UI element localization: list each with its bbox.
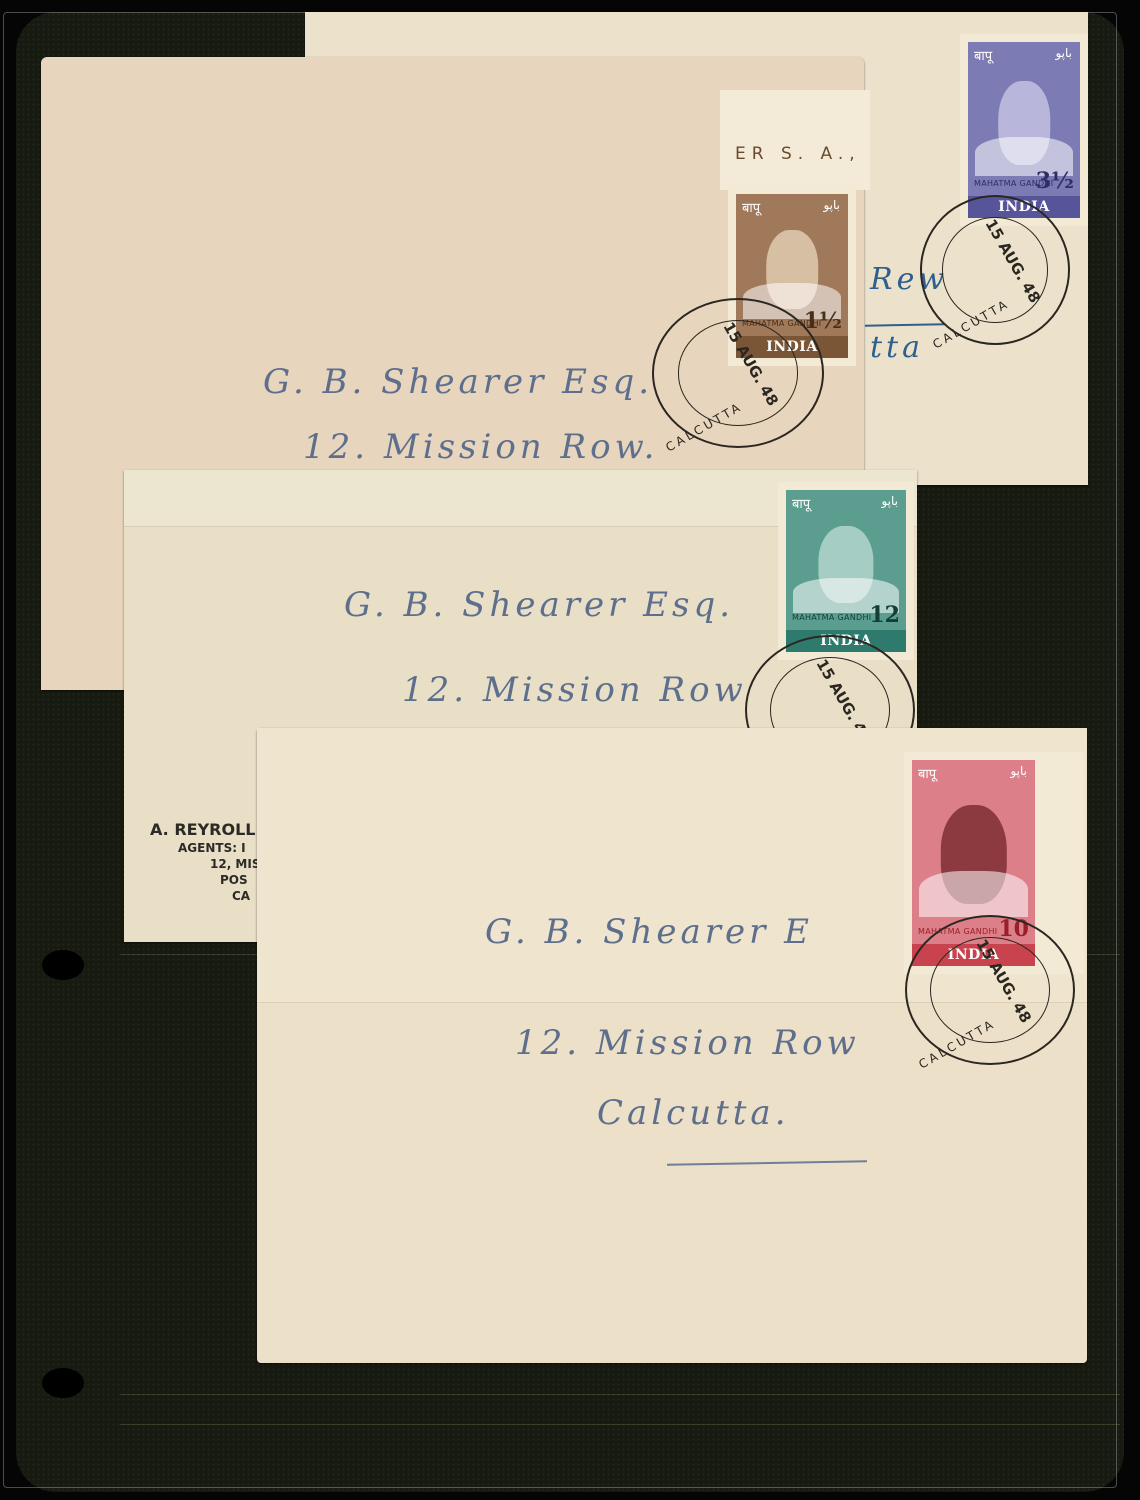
stamp-urdu-text: باپو [881, 494, 898, 508]
album-strip-line [120, 1394, 1120, 1395]
selvage-text: ER S. A., [735, 144, 861, 164]
stamp-value: 12 [869, 602, 900, 628]
stamp-hindi-text: बापू [974, 46, 992, 64]
postmark: 15 AUG. 48 CALCUTTA [920, 195, 1070, 345]
address-line: G. B. Shearer Esq. [344, 585, 734, 625]
sheet-selvage [720, 90, 870, 190]
stamp-name: MAHATMA GANDHI [792, 613, 871, 622]
stamp-urdu-text: باپو [823, 198, 840, 212]
stamp-value: 1½ [804, 308, 842, 334]
stamp-hindi-text: बापू [742, 198, 760, 216]
postmark: 15 AUG. 48 CALCUTTA [652, 298, 824, 448]
address-line: 12. Mission Row. [303, 427, 658, 467]
address-line: Calcutta. [597, 1093, 790, 1133]
portrait-shawl [919, 871, 1027, 916]
return-post: POS [220, 873, 260, 887]
stamp-urdu-text: باپو [1010, 764, 1027, 778]
postmark: 15 AUG. 48 CALCUTTA [905, 915, 1075, 1065]
binder-hole [42, 950, 84, 980]
address-line: tta [870, 330, 924, 365]
stamp-12-annas: बापू باپو MAHATMA GANDHI 12 INDIA POSTAG… [778, 482, 914, 660]
return-company: A. REYROLL [150, 820, 260, 839]
return-agents: AGENTS: I [178, 841, 260, 855]
address-line: 12. Mission Row [515, 1023, 860, 1063]
stamp-value: 3½ [1036, 168, 1074, 194]
stamp-hindi-text: बापू [918, 764, 936, 782]
address-underline [667, 1160, 867, 1165]
address-line: G. B. Shearer E [485, 912, 813, 952]
return-street: 12, MIS [210, 857, 260, 871]
stamp-urdu-text: باپو [1055, 46, 1072, 60]
binder-hole [42, 1368, 84, 1398]
address-underline [865, 323, 945, 326]
printed-return-address: A. REYROLL AGENTS: I 12, MIS POS CA [150, 820, 260, 903]
address-line: 12. Mission Row [402, 670, 747, 710]
album-strip-line [120, 1424, 1120, 1425]
address-line: G. B. Shearer Esq. [263, 362, 653, 402]
stamp-face: बापू باپو MAHATMA GANDHI 12 INDIA POSTAG… [786, 490, 906, 652]
stamp-hindi-text: बापू [792, 494, 810, 512]
stamp-face: बापू باپو MAHATMA GANDHI 3½ INDIA POSTAG… [968, 42, 1080, 218]
